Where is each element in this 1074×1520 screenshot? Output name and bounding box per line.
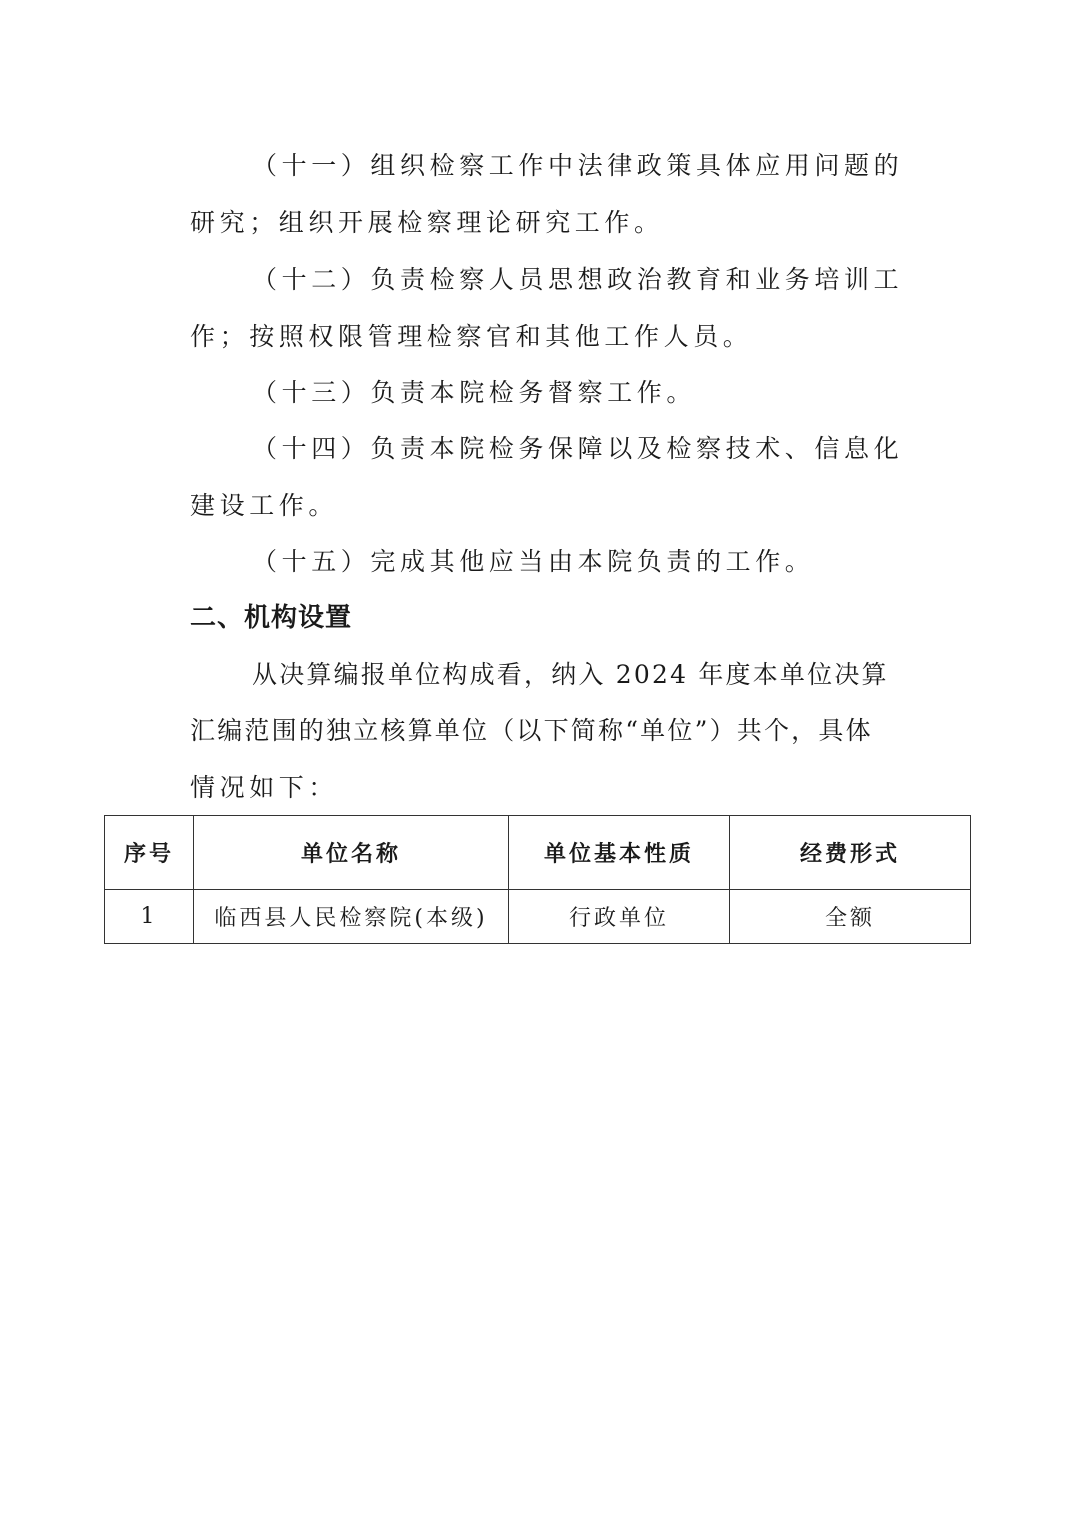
header-unit-nature: 单位基本性质 [509,816,730,890]
paragraph-item-15-line-1: （十五）完成其他应当由本院负责的工作。 [252,546,952,578]
paragraph-item-11-line-2: 研究；组织开展检察理论研究工作。 [190,207,890,239]
cell-unit-name: 临西县人民检察院(本级) [194,890,509,944]
table-row: 1 临西县人民检察院(本级) 行政单位 全额 [105,890,971,944]
header-unit-name: 单位名称 [194,816,509,890]
document-page: （十一）组织检察工作中法律政策具体应用问题的 研究；组织开展检察理论研究工作。 … [0,0,1074,1520]
paragraph-item-12-line-2: 作；按照权限管理检察官和其他工作人员。 [190,321,890,353]
paragraph-item-13-line-1: （十三）负责本院检务督察工作。 [252,377,952,409]
paragraph-item-14-line-1: （十四）负责本院检务保障以及检察技术、信息化 [252,433,952,465]
units-table: 序号 单位名称 单位基本性质 经费形式 1 临西县人民检察院(本级) 行政单位 … [104,815,971,944]
header-funding-form: 经费形式 [730,816,971,890]
intro-line-3: 情况如下： [190,772,890,804]
table-header-row: 序号 单位名称 单位基本性质 经费形式 [105,816,971,890]
paragraph-item-12-line-1: （十二）负责检察人员思想政治教育和业务培训工 [252,264,952,296]
header-serial-number: 序号 [105,816,194,890]
paragraph-item-11-line-1: （十一）组织检察工作中法律政策具体应用问题的 [252,150,952,182]
paragraph-item-14-line-2: 建设工作。 [190,490,890,522]
cell-unit-nature: 行政单位 [509,890,730,944]
cell-funding-form: 全额 [730,890,971,944]
section-heading: 二、机构设置 [190,602,890,634]
intro-line-1: 从决算编报单位构成看，纳入 2024 年度本单位决算 [252,659,952,691]
intro-line-2: 汇编范围的独立核算单位（以下简称“单位”）共个，具体 [190,715,890,747]
cell-serial-number: 1 [105,890,194,944]
